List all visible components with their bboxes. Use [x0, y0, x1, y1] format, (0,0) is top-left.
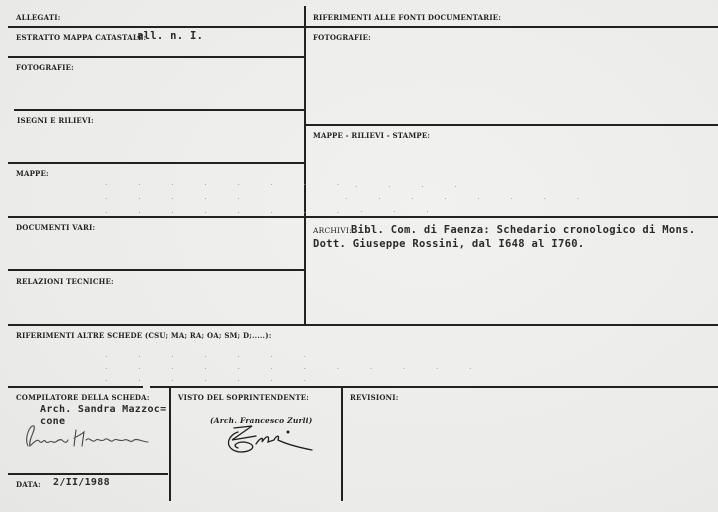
- estratto-mappa-value[interactable]: all. n. I.: [137, 30, 203, 42]
- archivi-line-2[interactable]: Dott. Giuseppe Rossini, dal I648 al I760…: [313, 238, 584, 250]
- compilatore-signature-icon: [20, 420, 160, 452]
- estratto-mappa-label: ESTRATTO MAPPA CATASTALE:: [16, 33, 146, 42]
- mappe-label: MAPPE:: [16, 169, 49, 178]
- catalog-form-page: ALLEGATI: ESTRATTO MAPPA CATASTALE: all.…: [0, 0, 718, 512]
- rule: [306, 26, 718, 28]
- bleed-through-dots: . . .: [360, 205, 443, 214]
- bleed-through-dots: . . . . . . . .: [105, 206, 353, 215]
- rule: [8, 473, 168, 475]
- compilatore-label: COMPILATORE DELLA SCHEDA:: [16, 393, 150, 402]
- rule: [8, 269, 304, 271]
- column-divider: [169, 387, 171, 501]
- rule: [150, 386, 718, 388]
- relazioni-tecniche-label: RELAZIONI TECNICHE:: [16, 277, 114, 286]
- rule: [8, 162, 304, 164]
- rule: [306, 124, 718, 126]
- fonti-fotografie-label: FOTOGRAFIE:: [313, 33, 371, 42]
- rule: [8, 56, 304, 58]
- rule: [8, 324, 718, 326]
- data-value[interactable]: 2/II/1988: [53, 477, 110, 488]
- rule: [8, 26, 304, 28]
- rule: [8, 386, 143, 388]
- documenti-vari-label: DOCUMENTI VARI:: [16, 223, 95, 232]
- column-divider: [304, 6, 306, 325]
- data-label: DATA:: [16, 480, 41, 489]
- fotografie-label: FOTOGRAFIE:: [16, 63, 74, 72]
- revisioni-label: REVISIONI:: [350, 393, 399, 402]
- bleed-through-dots: . . . . . . . . . . . .: [105, 362, 486, 371]
- rule: [306, 216, 718, 218]
- rule: [14, 109, 304, 111]
- bleed-through-dots: . . . . . . . .: [345, 192, 593, 201]
- bleed-through-dots: . . . . . . . .: [105, 178, 353, 187]
- soprintendente-signature-icon: [222, 422, 322, 456]
- compilatore-name-line-1[interactable]: Arch. Sandra Mazzoc=: [40, 404, 166, 415]
- mappe-rilievi-stampe-label: MAPPE - RILIEVI - STAMPE:: [313, 131, 430, 140]
- visto-soprintendente-label: VISTO DEL SOPRINTENDENTE:: [178, 393, 309, 402]
- bleed-through-dots: . . . . . . .: [105, 374, 320, 383]
- allegati-label: ALLEGATI:: [16, 13, 61, 22]
- rule: [8, 216, 304, 218]
- disegni-rilievi-label: ISEGNI E RILIEVI:: [17, 116, 94, 125]
- archivi-label: ARCHIVI:: [313, 226, 352, 235]
- bleed-through-dots: . . . .: [355, 180, 471, 189]
- bleed-through-dots: . . . . . . .: [105, 350, 320, 359]
- column-divider: [341, 387, 343, 501]
- riferimenti-altre-schede-label: RIFERIMENTI ALTRE SCHEDE (CSU; MA; RA; O…: [16, 331, 272, 340]
- riferimenti-fonti-label: RIFERIMENTI ALLE FONTI DOCUMENTARIE:: [313, 13, 501, 22]
- archivi-line-1[interactable]: Bibl. Com. di Faenza: Schedario cronolog…: [351, 224, 695, 236]
- bleed-through-dots: . . . . .: [105, 192, 254, 201]
